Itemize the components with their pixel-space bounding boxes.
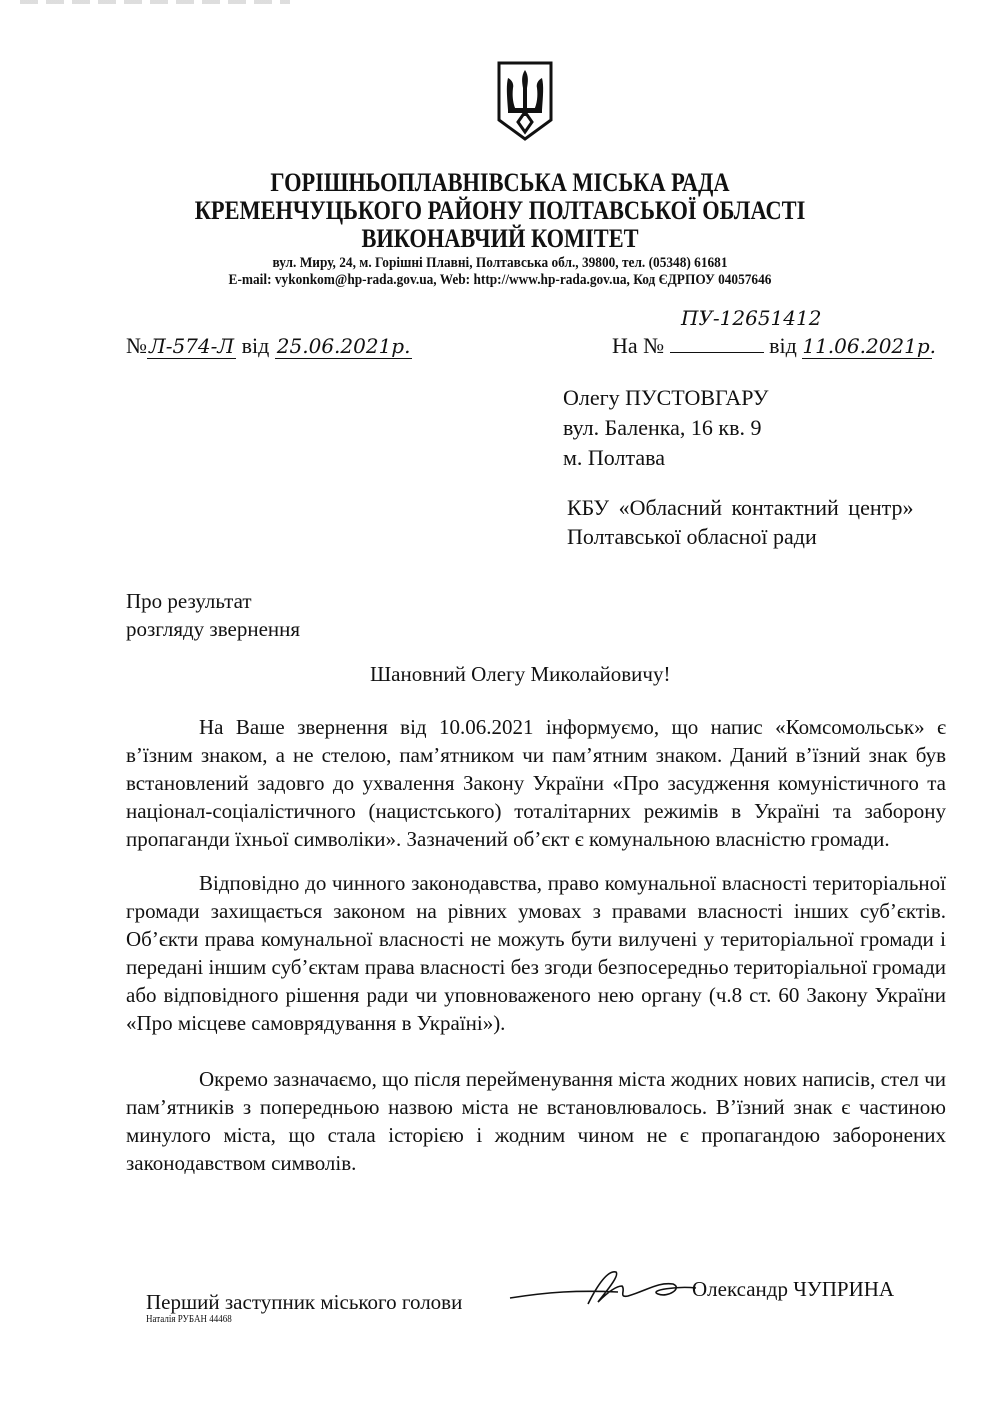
paragraph-text: На Ваше звернення від 10.06.2021 інформу… [126, 713, 946, 853]
out-date-label: від [242, 333, 270, 358]
recipient-org-line1: КБУ «Обласний контактний центр» [567, 493, 914, 523]
recipient-city: м. Полтава [563, 443, 665, 473]
in-date-value: 11.06.2021р. [802, 334, 932, 359]
out-date-value: 25.06.2021р. [275, 334, 413, 359]
greeting: Шановний Олегу Миколайовичу! [370, 662, 670, 687]
incoming-registration: На № від 11.06.2021р. [612, 333, 932, 359]
trident-coat-of-arms-icon [496, 60, 554, 142]
paragraph-text: Відповідно до чинного законодавства, пра… [126, 869, 946, 1037]
org-address: вул. Миру, 24, м. Горішні Плавні, Полтав… [40, 255, 960, 272]
body-paragraph-2: Відповідно до чинного законодавства, пра… [126, 869, 946, 1037]
scan-artifact [20, 0, 290, 4]
in-no-label: На № [612, 333, 664, 358]
signatory-name: Олександр ЧУПРИНА [692, 1277, 894, 1302]
recipient-street: вул. Баленка, 16 кв. 9 [563, 413, 761, 443]
handwritten-signature-icon [508, 1264, 698, 1312]
incoming-ref-number: ПУ-12651412 [681, 306, 821, 330]
org-name-line1: ГОРІШНЬОПЛАВНІВСЬКА МІСЬКА РАДА [70, 168, 930, 198]
body-paragraph-3: Окремо зазначаємо, що після перейменуван… [126, 1065, 946, 1177]
subject-line2: розгляду звернення [126, 615, 300, 643]
outgoing-registration: №Л-574-Л від 25.06.2021р. [126, 333, 412, 359]
org-contacts: E-mail: vykonkom@hp-rada.gov.ua, Web: ht… [40, 272, 960, 289]
recipient-name: Олегу ПУСТОВГАРУ [563, 383, 768, 413]
paragraph-text: Окремо зазначаємо, що після перейменуван… [126, 1065, 946, 1177]
org-name-line3: ВИКОНАВЧИЙ КОМІТЕТ [70, 224, 930, 254]
body-paragraph-1: На Ваше звернення від 10.06.2021 інформу… [126, 713, 946, 853]
subject-line1: Про результат [126, 587, 300, 615]
out-no-label: № [126, 333, 147, 358]
org-name-line2: КРЕМЕНЧУЦЬКОГО РАЙОНУ ПОЛТАВСЬКОЇ ОБЛАСТ… [70, 196, 930, 226]
subject: Про результат розгляду звернення [126, 587, 300, 643]
executor-note: Наталія РУБАН 44468 [146, 1314, 232, 1325]
signatory-title: Перший заступник міського голови [146, 1290, 462, 1315]
out-no-value: Л-574-Л [147, 334, 236, 359]
in-no-blank [670, 336, 764, 353]
in-date-label: від [769, 333, 797, 358]
recipient-org-line2: Полтавської обласної ради [567, 522, 817, 552]
